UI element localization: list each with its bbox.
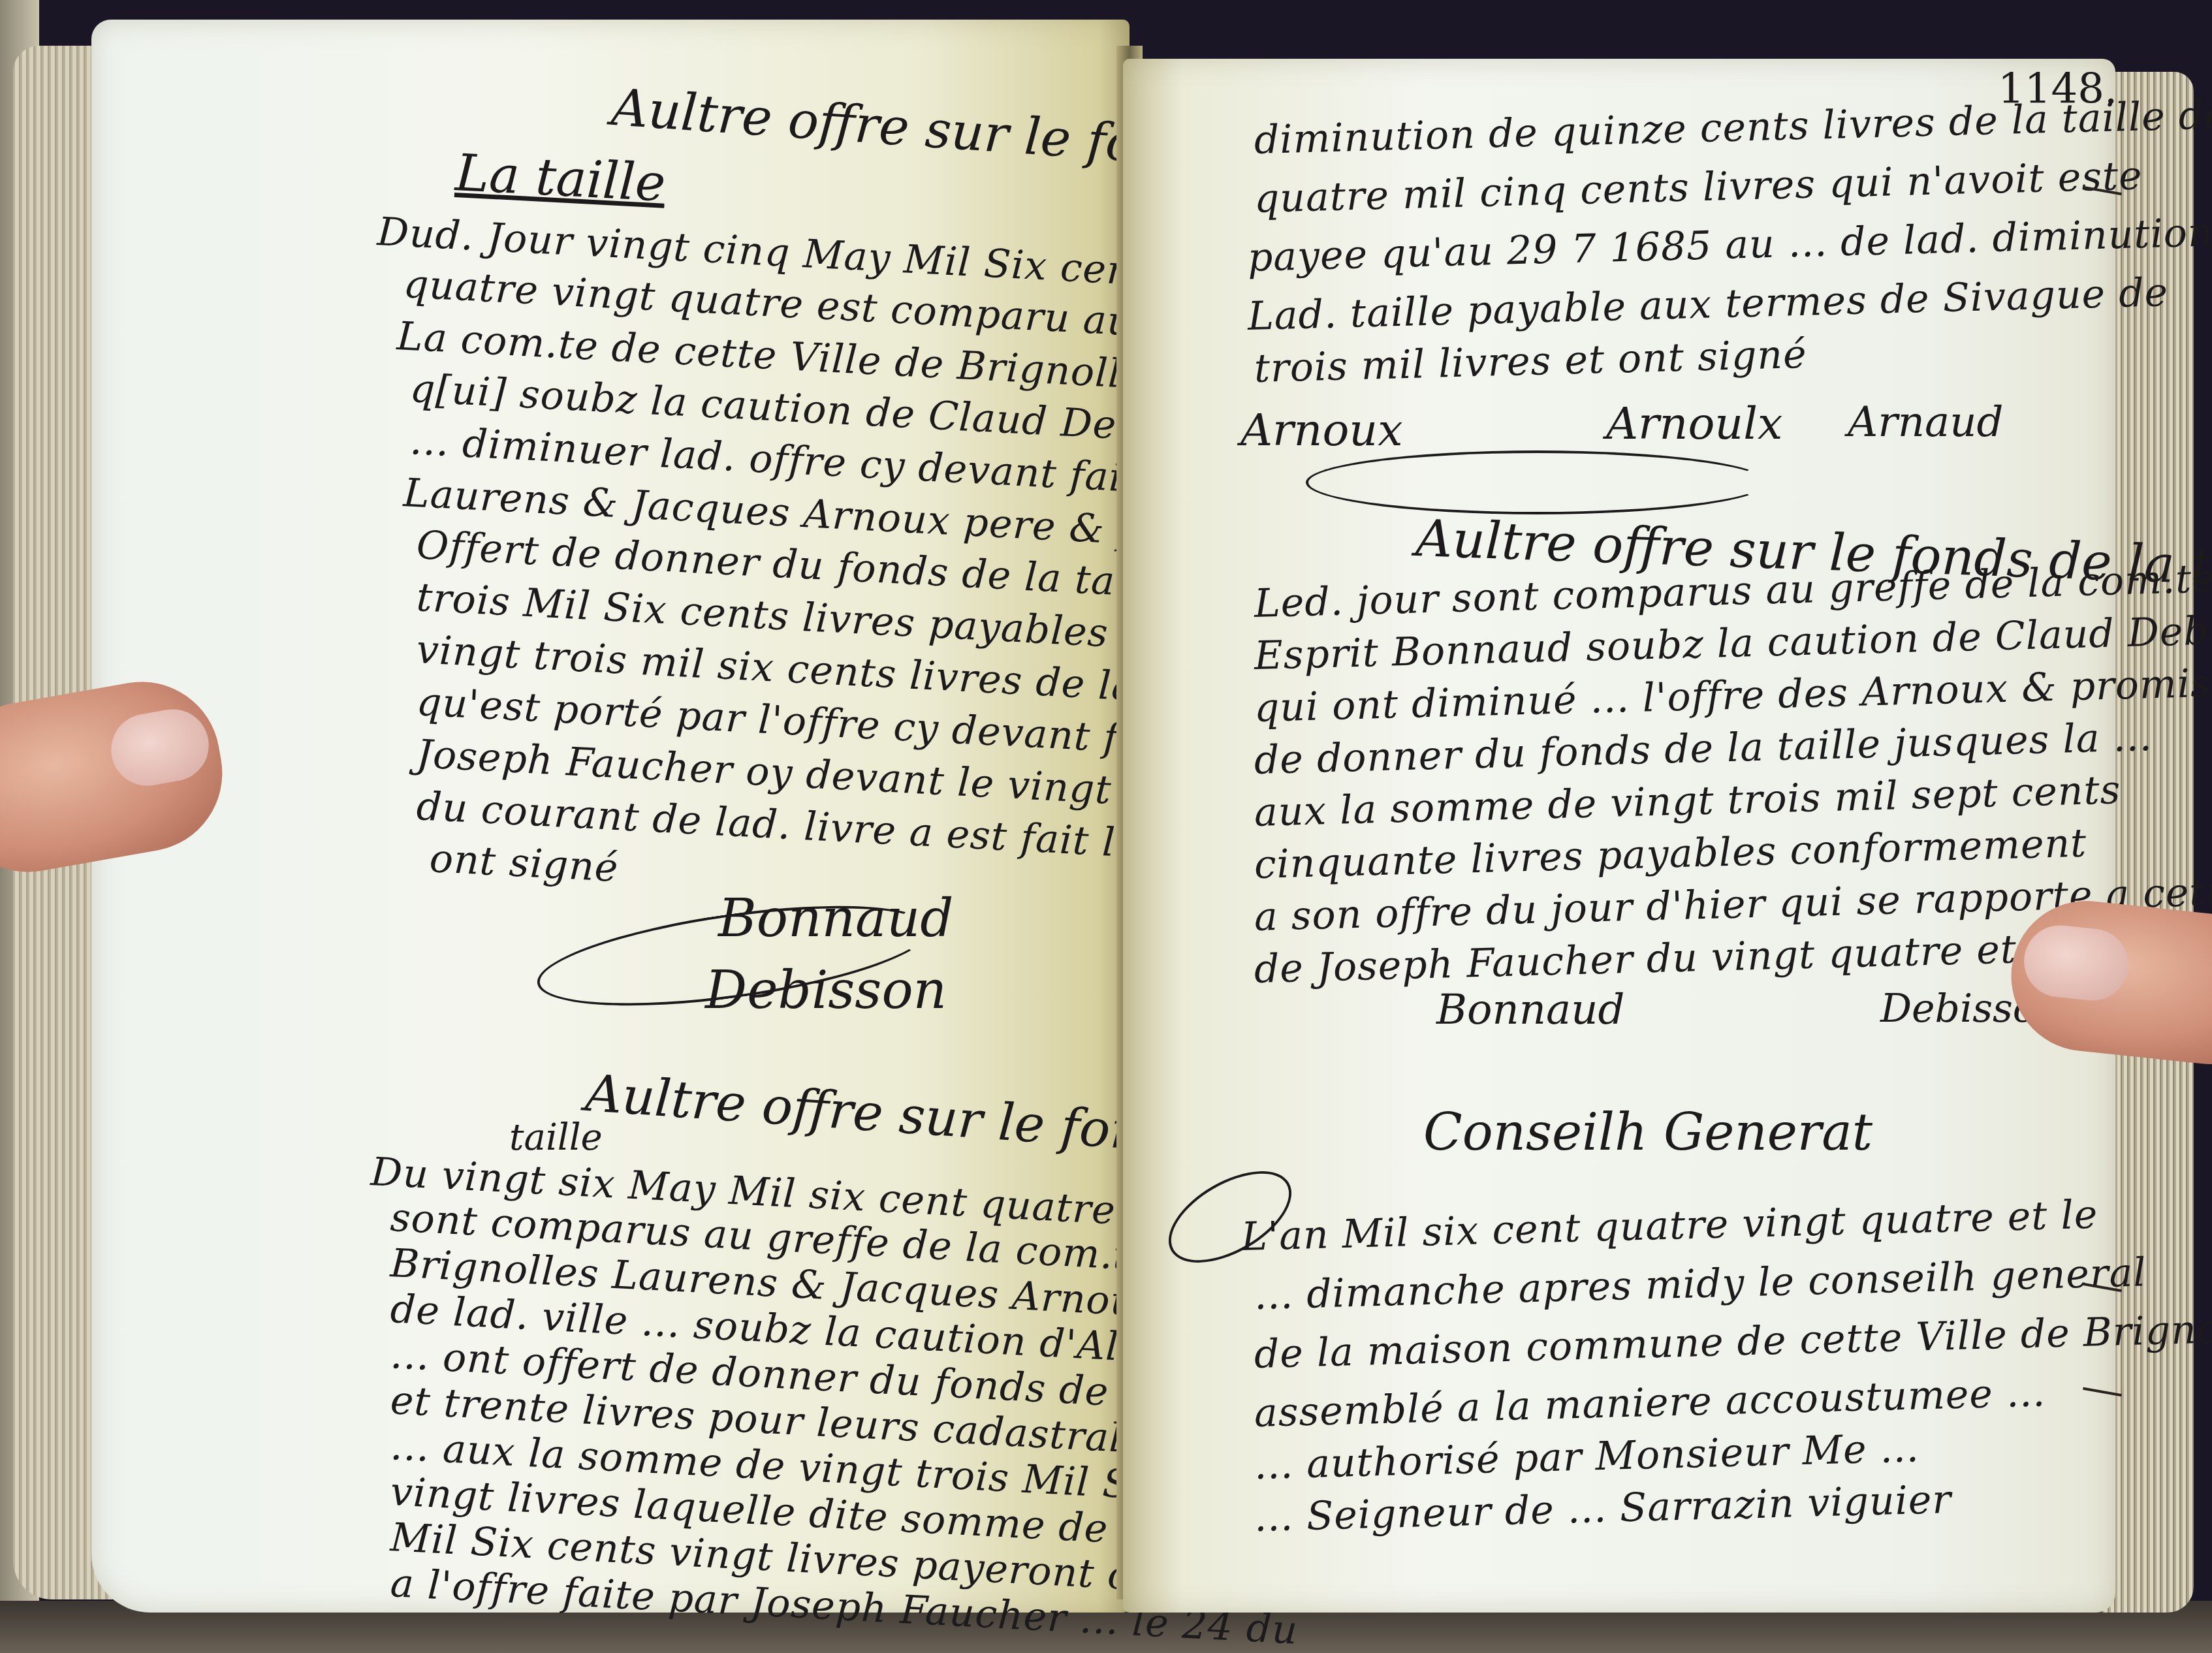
continuation-line: Lad. taille payable aux termes de Sivagu… — [1247, 270, 2169, 339]
signature-flourish — [1306, 450, 1768, 514]
entry4-heading: Conseilh Generat — [1423, 1103, 1872, 1162]
entry2-heading-cont: taille — [509, 1116, 603, 1159]
signature-arnoux: Arnoux — [1240, 405, 1403, 456]
continuation-line: trois mil livres et ont signé — [1254, 332, 1807, 392]
entry4-line: ... authorisé par Monsieur Me ... — [1254, 1425, 1920, 1488]
entry4-line: assemblé a la maniere accoustumee ... — [1254, 1370, 2046, 1436]
entry4-line: L'an Mil six cent quatre vingt quatre et… — [1240, 1192, 2098, 1260]
entry4-line: ... Seigneur de ... Sarrazin viguier — [1254, 1477, 1952, 1541]
signature-arnoulx: Arnoulx — [1606, 398, 1782, 450]
right-page: 1148. diminution de quinze cents livres … — [1123, 59, 2115, 1613]
entry1-heading-cont: La taille — [454, 144, 667, 213]
continuation-line: diminution de quinze cents livres de la … — [1254, 92, 2212, 163]
entry1-line: ont signé — [428, 836, 620, 891]
entry4-line: de la maison commune de cette Ville de B… — [1254, 1304, 2212, 1377]
continuation-line: quatre mil cinq cents livres qui n'avoit… — [1254, 153, 2143, 222]
open-manuscript-book: Aultre offre sur le fonds de La taille D… — [13, 20, 2194, 1632]
signature-arnaud: Arnaud — [1848, 398, 2003, 447]
signature-debisson: Debisson — [705, 960, 947, 1020]
entry4-line: ... dimanche apres midy le conseilh gene… — [1254, 1250, 2147, 1319]
continuation-line: payee qu'au 29 7 1685 au ... de lad. dim… — [1247, 210, 2212, 281]
signature-bonnaud: Bonnaud — [1436, 986, 1624, 1034]
left-page: Aultre offre sur le fonds de La taille D… — [91, 20, 1130, 1613]
